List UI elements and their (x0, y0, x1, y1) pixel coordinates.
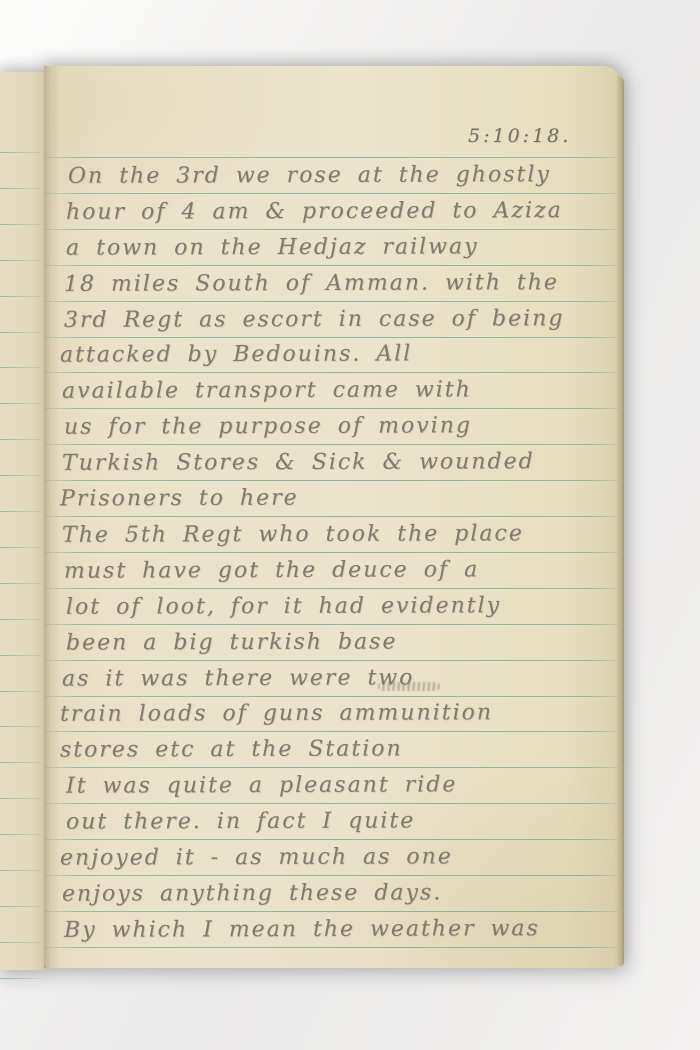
ruled-line (0, 870, 40, 871)
handwriting-line: stores etc at the Station (60, 734, 403, 767)
handwriting-line: The 5th Regt who took the place (62, 518, 524, 552)
handwriting-line: us for the purpose of moving (64, 410, 472, 443)
ruled-line (0, 726, 40, 727)
handwriting-line: enjoyed it - as much as one (60, 841, 453, 874)
previous-page-edge (0, 72, 46, 970)
ruled-line (44, 301, 618, 302)
handwriting-line: On the 3rd we rose at the ghostly (68, 159, 551, 193)
ruled-line (44, 731, 618, 732)
handwriting-line: enjoys anything these days. (62, 877, 442, 910)
ruled-line (44, 696, 618, 697)
handwriting-line: attacked by Bedouins. All (60, 339, 412, 372)
handwriting-line: as it was there were two (62, 662, 414, 695)
ruled-line (44, 157, 618, 158)
handwriting-line: It was quite a pleasant ride (66, 770, 457, 803)
ruled-line (44, 552, 618, 553)
ruled-line (44, 265, 618, 266)
handwriting-line: 3rd Regt as escort in case of being (64, 303, 565, 337)
handwriting-line: train loads of guns ammunition (60, 698, 493, 732)
ruled-line (44, 947, 618, 948)
scan-background: 5:10:18. On the 3rd we rose at the ghost… (0, 0, 700, 1050)
ruled-line (0, 834, 40, 835)
handwriting-line: been a big turkish base (66, 626, 398, 659)
handwriting-line: a town on the Hedjaz railway (66, 231, 479, 264)
ruled-line (44, 839, 618, 840)
ruled-line (44, 911, 618, 912)
ruled-line (0, 332, 40, 333)
ruled-line (0, 224, 40, 225)
ruled-line (44, 372, 618, 373)
ruled-line (0, 942, 40, 943)
ruled-line (44, 660, 618, 661)
ruled-line (0, 691, 40, 692)
ruled-line (0, 978, 40, 979)
ruled-line (0, 152, 40, 153)
ruled-line (44, 480, 618, 481)
ruled-line (0, 583, 40, 584)
ruled-line (0, 439, 40, 440)
ruled-line (0, 475, 40, 476)
handwriting-line: Prisoners to here (60, 483, 299, 516)
ruled-line (44, 516, 618, 517)
handwriting-line: must have got the deuce of a (64, 554, 479, 587)
handwriting-line: available transport came with (62, 375, 472, 408)
ruled-line (0, 798, 40, 799)
ruled-line (0, 296, 40, 297)
ruled-line (44, 767, 618, 768)
ruled-line (44, 229, 618, 230)
handwriting-line: hour of 4 am & proceeded to Aziza (66, 195, 563, 229)
ruled-line (0, 619, 40, 620)
ruled-line (0, 906, 40, 907)
ruled-line (0, 188, 40, 189)
entry-date: 5:10:18. (468, 125, 571, 147)
page-stack-edge (617, 76, 624, 966)
handwriting-line: 18 miles South of Amman. with the (64, 267, 559, 301)
ruled-line (0, 511, 40, 512)
handwriting-line: out there. in fact I quite (66, 805, 415, 838)
ruled-line (44, 588, 618, 589)
ruled-line (44, 408, 618, 409)
ruled-line (44, 875, 618, 876)
ruled-line (44, 193, 618, 194)
handwriting-line: lot of loot, for it had evidently (66, 590, 501, 624)
ruled-line (44, 803, 618, 804)
ruled-line (0, 403, 40, 404)
ruled-line (0, 547, 40, 548)
ruled-line (0, 260, 40, 261)
ruled-line (0, 655, 40, 656)
notebook-page: 5:10:18. On the 3rd we rose at the ghost… (44, 66, 624, 968)
ruled-line (0, 367, 40, 368)
ruled-line (0, 762, 40, 763)
ruled-line (44, 444, 618, 445)
notebook: 5:10:18. On the 3rd we rose at the ghost… (0, 66, 624, 968)
handwriting-line: By which I mean the weather was (64, 913, 540, 947)
handwriting-line: Turkish Stores & Sick & wounded (62, 446, 535, 480)
ruled-line (44, 624, 618, 625)
